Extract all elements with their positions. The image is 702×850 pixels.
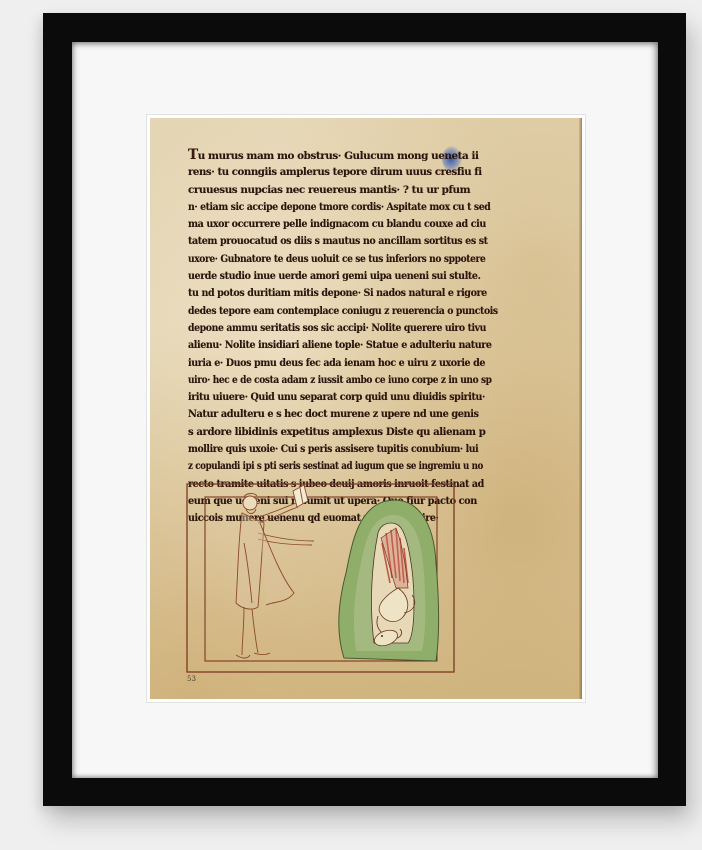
bestiary-illustration bbox=[186, 483, 456, 673]
folio-number: 53 bbox=[187, 675, 196, 683]
text-line: ma uxor occurrere pelle indignacom cu bl… bbox=[188, 216, 440, 233]
text-line: mollire quis uxoie· Cui s peris assisere… bbox=[188, 441, 434, 458]
text-line: z copulandi ipi s pti seris sestinat ad … bbox=[188, 458, 418, 475]
robed-figure-with-book bbox=[236, 485, 314, 658]
initial-letter: T bbox=[188, 147, 198, 163]
text-line: depone ammu seritatis sos sic accipi· No… bbox=[188, 320, 434, 337]
text-line: tatem prouocatud os diis s mautus no anc… bbox=[188, 233, 440, 250]
text-line: uxore· Gubnatore te deus uoluit ce se tu… bbox=[188, 251, 429, 268]
text-line: uiro· hec e de costa adam z iussit ambo … bbox=[188, 372, 426, 389]
text-line: tu nd potos duritiam mitis depone· Si na… bbox=[188, 285, 440, 302]
text-line: iuria e· Duos pmu deus fec ada ienam hoc… bbox=[188, 355, 440, 372]
text-line: iritu uiuere· Quid unu separat corp quid… bbox=[188, 389, 440, 406]
text-line: alienu· Nolite insidiari aliene tople· S… bbox=[188, 337, 440, 354]
text-line: Natur adulteru e s hec doct murene z upe… bbox=[188, 406, 446, 423]
text-line: cruuesus nupcias nec reuereus mantis· ? … bbox=[188, 182, 462, 199]
text-line: Tu murus mam mo obstrus· Gulucum mong ue… bbox=[188, 147, 462, 164]
manuscript-text: Tu murus mam mo obstrus· Gulucum mong ue… bbox=[188, 147, 468, 528]
text-line: n· etiam sic accipe depone tmore cordis·… bbox=[188, 199, 434, 216]
text-line: uerde studio inue uerde amori gemi uipa … bbox=[188, 268, 440, 285]
text-line: dedes tepore eam contemplace coniugu z r… bbox=[188, 303, 434, 320]
manuscript-page: Tu murus mam mo obstrus· Gulucum mong ue… bbox=[150, 118, 582, 699]
text-line: rens· tu conngiis amplerus tepore dirum … bbox=[188, 164, 457, 181]
text-line-content: u murus mam mo obstrus· Gulucum mong uen… bbox=[198, 150, 479, 162]
text-line: s ardore libidinis expetitus amplexus Di… bbox=[188, 424, 457, 441]
